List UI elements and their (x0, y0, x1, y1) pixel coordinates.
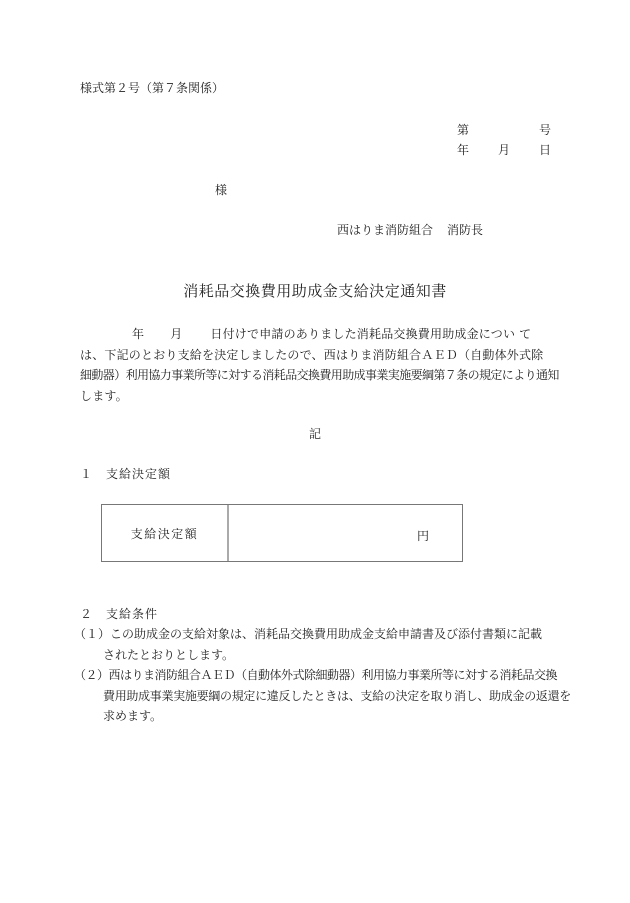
body-line-1: 年月日付けで申請のありました消耗品交換費用助成金につい て (80, 324, 550, 345)
condition-1: （１）この助成金の支給対象は、消耗品交換費用助成金支給申請書及び添付書類に記載 … (80, 624, 560, 665)
sender-title: 消防長 (447, 223, 483, 237)
body-date-month: 月 (170, 327, 182, 341)
ki-marker: 記 (0, 428, 630, 440)
section-1-number: １ (80, 468, 106, 480)
sender-organization: 西はりま消防組合 (337, 223, 433, 237)
amount-table: 支給決定額 円 (101, 504, 463, 562)
section-2-title: 支給条件 (106, 607, 158, 621)
body-line-2: は、下記のとおり支給を決定しましたので、西はりま消防組合ＡＥＤ（自動体外式除 (80, 345, 550, 366)
section-1-heading: １支給決定額 (80, 468, 171, 480)
date-day: 日 (539, 144, 551, 156)
form-number: 様式第２号（第７条関係） (80, 82, 224, 94)
condition-1-line-2: されたとおりとします。 (80, 645, 560, 666)
section-1-title: 支給決定額 (106, 467, 171, 481)
condition-2-line-2: 費用助成事業実施要綱の規定に違反したときは、支給の決定を取り消し、助成金の返還を (80, 686, 560, 707)
body-paragraph: 年月日付けで申請のありました消耗品交換費用助成金につい て は、下記のとおり支給… (80, 324, 550, 406)
section-2-heading: ２支給条件 (80, 608, 158, 620)
section-2-number: ２ (80, 608, 106, 620)
body-line-3: 細動器）利用協力事業所等に対する消耗品交換費用助成事業実施要綱第７条の規定により… (80, 365, 550, 386)
condition-2-line-1: （２）西はりま消防組合ＡＥＤ（自動体外式除細動器）利用協力事業所等に対する消耗品… (74, 665, 560, 686)
recipient: 様 (215, 184, 227, 196)
sender: 西はりま消防組合消防長 (337, 224, 483, 236)
condition-1-line-1: （１）この助成金の支給対象は、消耗品交換費用助成金支給申請書及び添付書類に記載 (74, 624, 560, 645)
condition-2: （２）西はりま消防組合ＡＥＤ（自動体外式除細動器）利用協力事業所等に対する消耗品… (80, 665, 560, 727)
doc-number-prefix: 第 (457, 124, 469, 136)
condition-2-line-3: 求めます。 (80, 706, 560, 727)
body-line-1-text: 日付けで申請のありました消耗品交換費用助成金につい て (210, 327, 531, 341)
amount-unit: 円 (417, 527, 429, 544)
amount-label: 支給決定額 (102, 505, 229, 561)
amount-value-cell: 円 (229, 505, 462, 561)
doc-number-suffix: 号 (539, 124, 551, 136)
date-month: 月 (498, 144, 510, 156)
document-title: 消耗品交換費用助成金支給決定通知書 (0, 284, 630, 299)
body-date-year: 年 (132, 327, 144, 341)
body-line-4: します。 (80, 386, 550, 407)
date-year: 年 (457, 144, 469, 156)
